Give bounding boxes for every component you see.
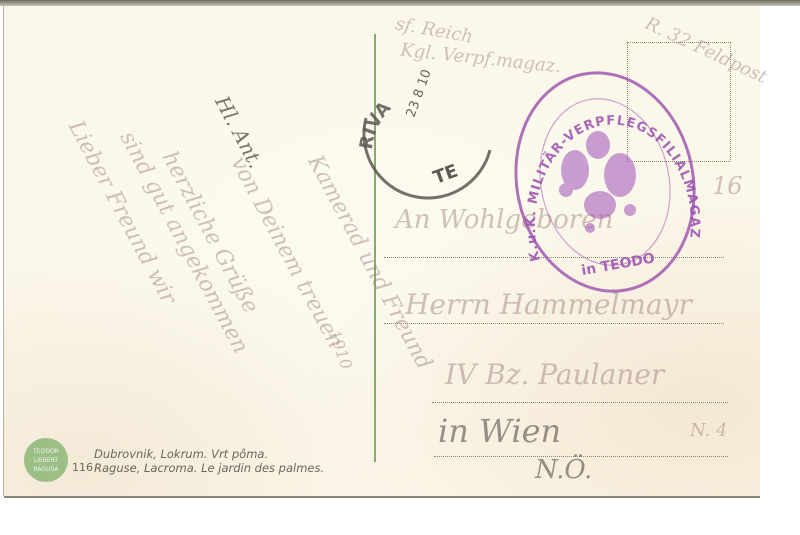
seal-bottom-text: in TEODO: [580, 250, 656, 279]
caption-line-1: Dubrovnik, Lokrum. Vrt pôma.: [94, 447, 324, 461]
publisher-logo: TEODOR LIEBERT RAGUSA: [24, 438, 68, 482]
card-number: 116: [72, 461, 93, 474]
postcard-caption: Dubrovnik, Lokrum. Vrt pôma. Raguse, Lac…: [94, 447, 324, 475]
double-eagle-icon: [559, 131, 636, 233]
publisher-logo-text: TEODOR LIEBERT RAGUSA: [24, 447, 68, 474]
caption-line-2: Raguse, Lacroma. Le jardin des palmes.: [94, 461, 324, 475]
